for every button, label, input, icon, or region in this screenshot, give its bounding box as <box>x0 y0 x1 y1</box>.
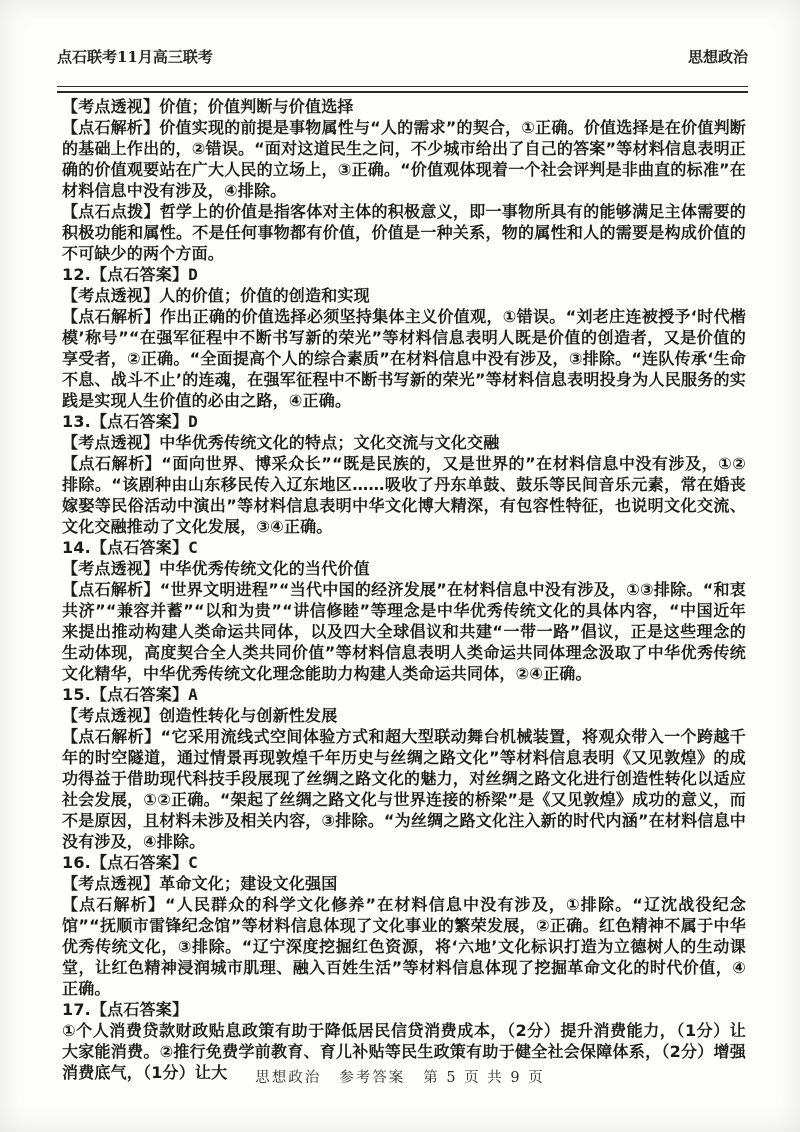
exam-point-paragraph: 【考点透视】革命文化；建设文化强国 <box>62 873 746 894</box>
answer-line-q17: 17.【点石答案】 <box>62 999 746 1020</box>
exam-title: 点石联考11月高三联考 <box>57 46 213 67</box>
answer-line-q14: 14.【点石答案】C <box>62 537 746 558</box>
answer-line-q12: 12.【点石答案】D <box>62 264 746 285</box>
tip-paragraph: 【点石点拨】哲学上的价值是指客体对主体的积极意义，即一事物所具有的能够满足主体需… <box>62 201 746 264</box>
analysis-paragraph: 【点石解析】“它采用流线式空间体验方式和超大型联动舞台机械装置，将观众带入一个跨… <box>62 726 746 852</box>
exam-point-paragraph: 【考点透视】价值；价值判断与价值选择 <box>62 96 746 117</box>
page-header: 点石联考11月高三联考 思想政治 <box>57 46 748 72</box>
footer-page-info: 第 5 页 共 9 页 <box>423 1070 545 1086</box>
analysis-paragraph: 【点石解析】作出正确的价值选择必须坚持集体主义价值观，①错误。“刘老庄连被授予‘… <box>62 306 746 411</box>
analysis-paragraph: 【点石解析】“人民群众的科学文化修养”在材料信息中没有涉及，①排除。“辽沈战役纪… <box>62 894 746 999</box>
analysis-paragraph: 【点石解析】价值实现的前提是事物属性与“人的需求”的契合，①正确。价值选择是在价… <box>62 117 746 201</box>
answer-line-q15: 15.【点石答案】A <box>62 684 746 705</box>
answer-line-q13: 13.【点石答案】D <box>62 411 746 432</box>
page-footer: 思想政治参考答案第 5 页 共 9 页 <box>0 1066 800 1087</box>
analysis-paragraph: 【点石解析】“世界文明进程”“当代中国的经济发展”在材料信息中没有涉及，①③排除… <box>62 579 746 684</box>
answer-line-q16: 16.【点石答案】C <box>62 852 746 873</box>
exam-point-paragraph: 【考点透视】创造性转化与创新性发展 <box>62 705 746 726</box>
analysis-paragraph: 【点石解析】“面向世界、博采众长”“既是民族的，又是世界的”在材料信息中没有涉及… <box>62 453 746 537</box>
exam-point-paragraph: 【考点透视】人的价值；价值的创造和实现 <box>62 285 746 306</box>
exam-point-paragraph: 【考点透视】中华优秀传统文化的当代价值 <box>62 558 746 579</box>
answer-content: 【考点透视】价值；价值判断与价值选择 【点石解析】价值实现的前提是事物属性与“人… <box>62 96 746 1083</box>
exam-point-paragraph: 【考点透视】中华优秀传统文化的特点；文化交流与文化交融 <box>62 432 746 453</box>
footer-subject: 思想政治 <box>255 1070 321 1086</box>
footer-label: 参考答案 <box>339 1070 405 1086</box>
scanned-answer-page: 点石联考11月高三联考 思想政治 【考点透视】价值；价值判断与价值选择 【点石解… <box>0 0 800 1132</box>
subject-title: 思想政治 <box>688 46 748 67</box>
header-divider <box>57 86 748 93</box>
